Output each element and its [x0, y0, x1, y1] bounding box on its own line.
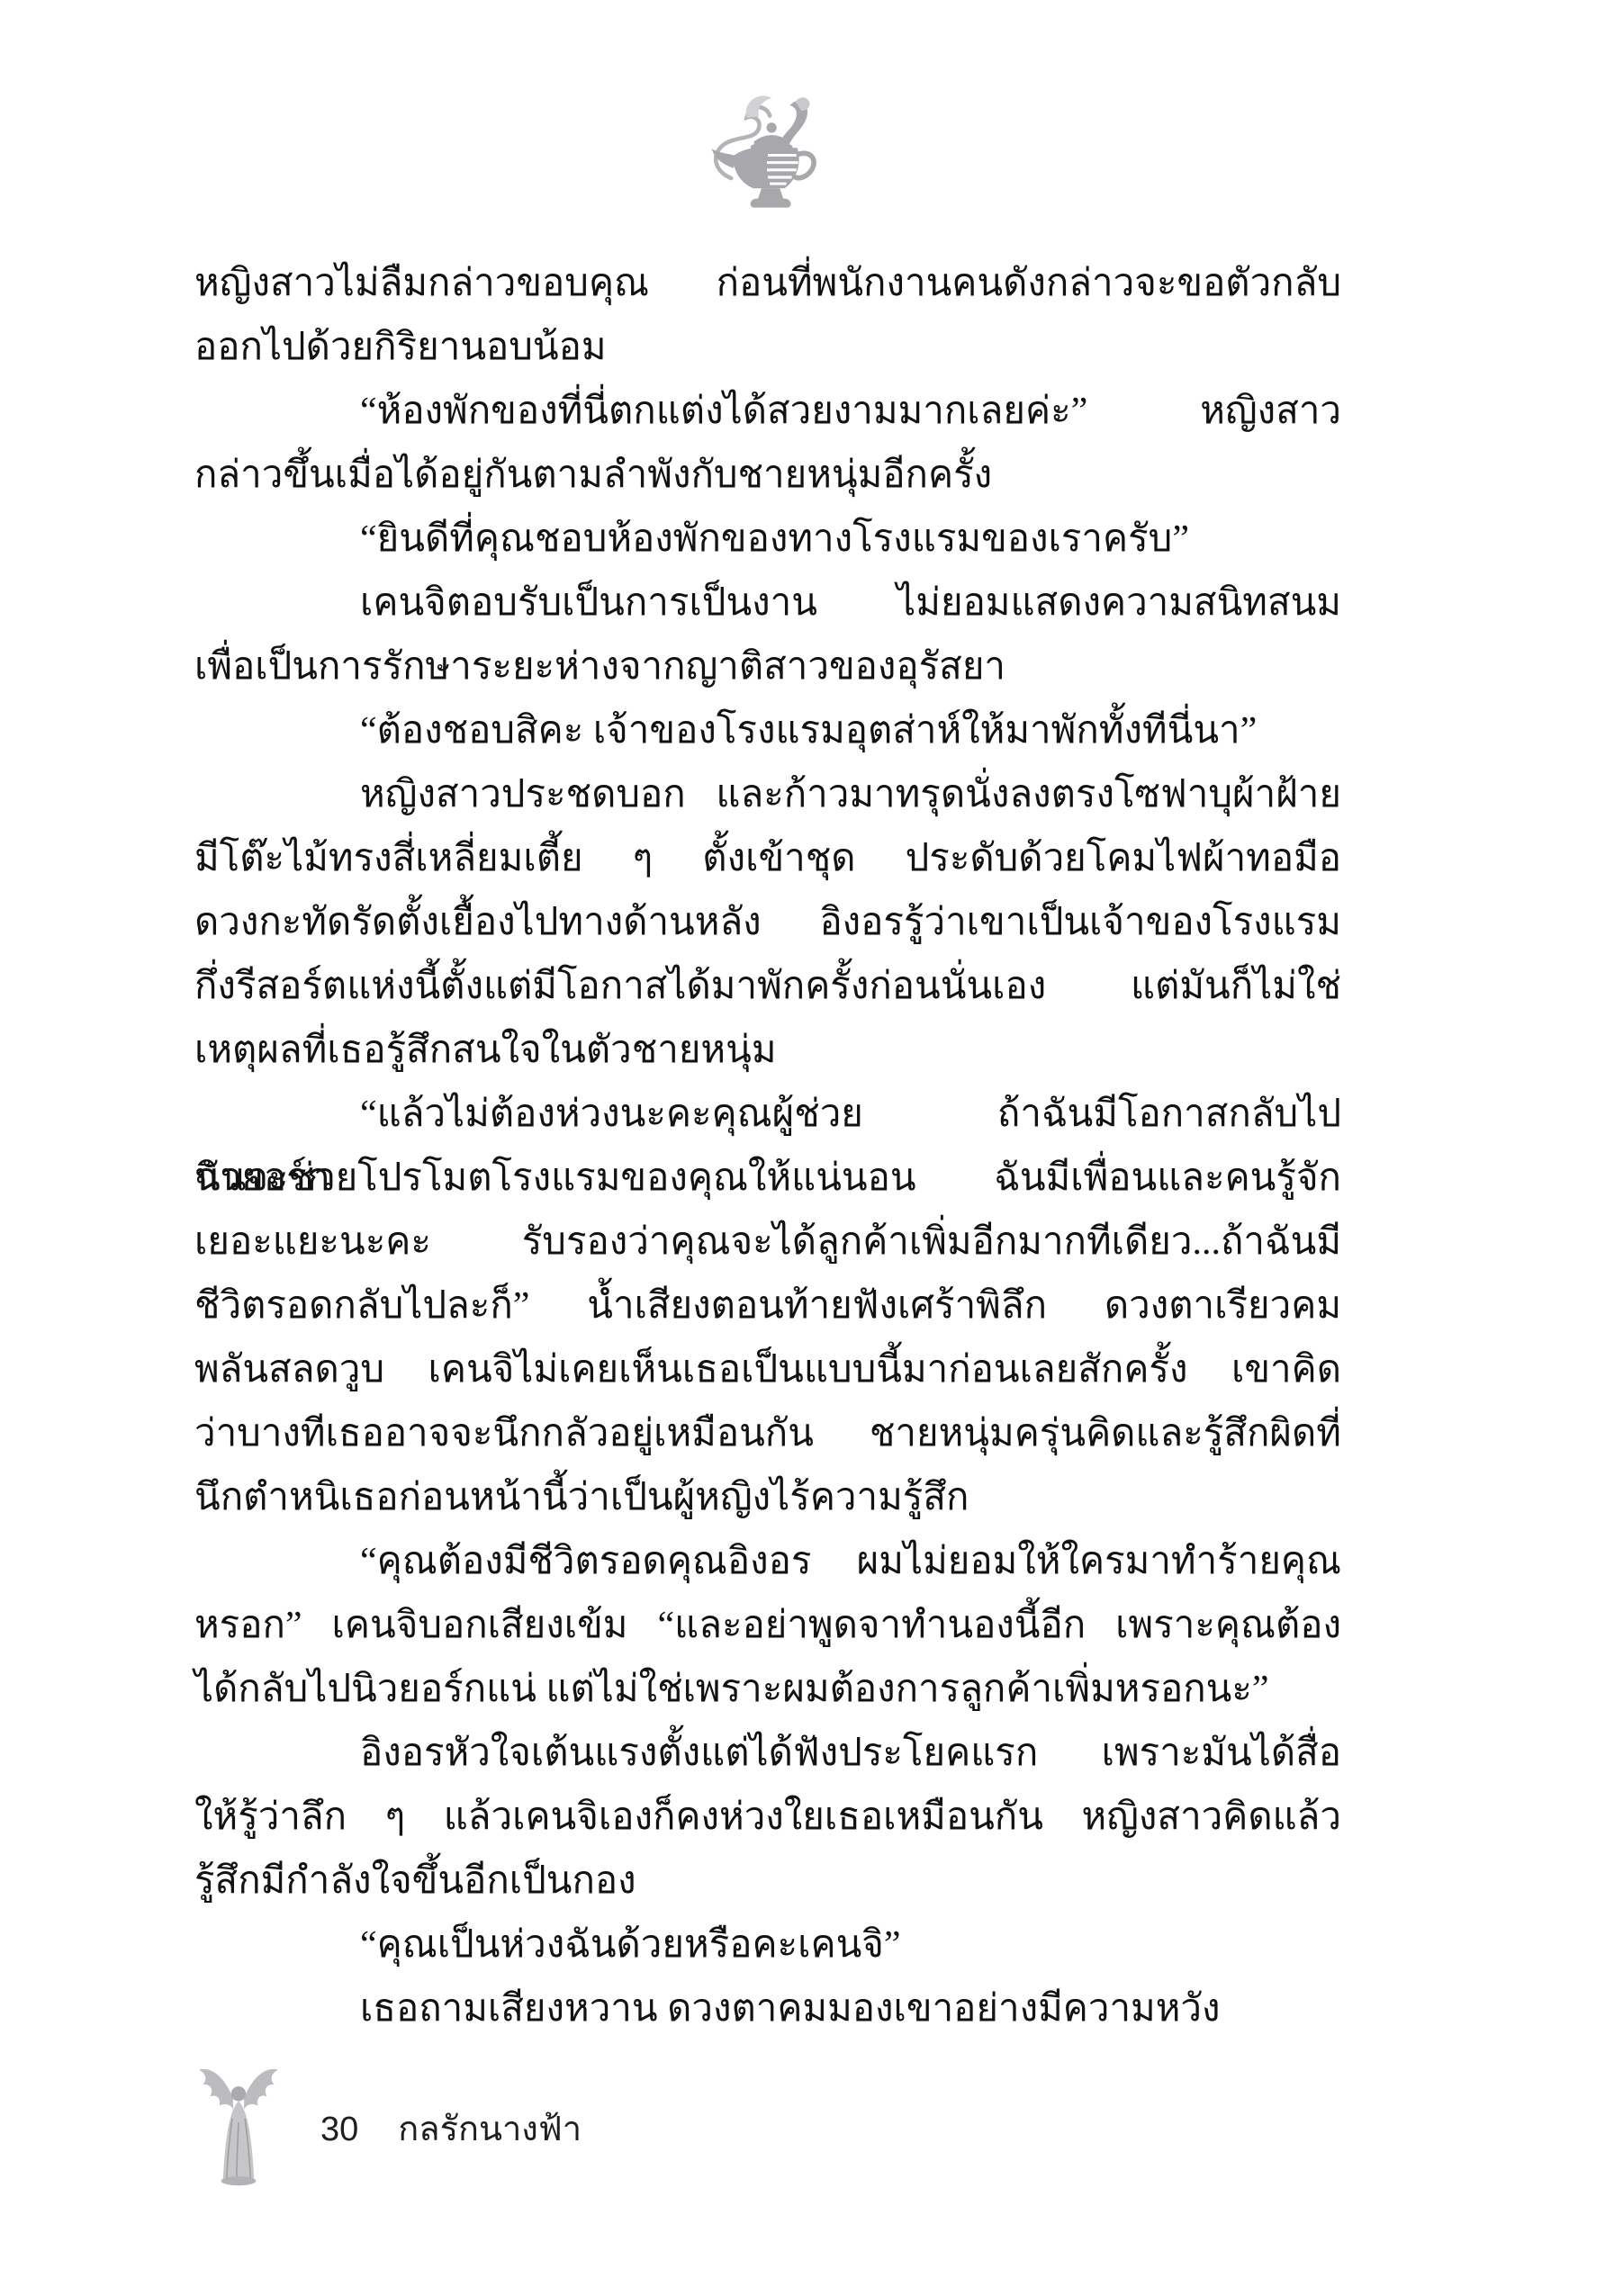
text-line: “ห้องพักของที่นี่ตกแต่งได้สวยงามมากเลยค่…	[194, 380, 1341, 444]
text-line: รู้สึกมีกำลังใจขึ้นอีกเป็นกอง	[194, 1850, 1341, 1913]
angel-statue-icon	[193, 2061, 284, 2191]
text-line: กึ่งรีสอร์ตแห่งนี้ตั้งแต่มีโอกาสได้มาพัก…	[194, 955, 1341, 1019]
text-line: ออกไปด้วยกิริยานอบน้อม	[194, 316, 1341, 380]
text-line: ฉันจะช่วยโปรโมตโรงแรมของคุณให้แน่นอน ฉัน…	[194, 1147, 1341, 1211]
text-line: “ยินดีที่คุณชอบห้องพักของทางโรงแรมของเรา…	[194, 508, 1341, 572]
text-line: ให้รู้ว่าลึก ๆ แล้วเคนจิเองก็คงห่วงใยเธอ…	[194, 1786, 1341, 1850]
text-line: อิงอรหัวใจเต้นแรงตั้งแต่ได้ฟังประโยคแรก …	[194, 1722, 1341, 1786]
footer-caption: 30 กลรักนางฟ้า	[320, 2108, 582, 2151]
genie-lamp-ornament	[705, 90, 825, 223]
text-line: เคนจิตอบรับเป็นการเป็นงาน ไม่ยอมแสดงความ…	[194, 572, 1341, 635]
genie-lamp-icon	[705, 90, 825, 223]
page-number: 30	[320, 2108, 358, 2151]
text-line: เหตุผลที่เธอรู้สึกสนใจในตัวชายหนุ่ม	[194, 1019, 1341, 1083]
text-line: หญิงสาวไม่ลืมกล่าวขอบคุณ ก่อนที่พนักงานค…	[194, 252, 1341, 316]
text-line: หญิงสาวประชดบอก และก้าวมาทรุดนั่งลงตรงโซ…	[194, 763, 1341, 827]
text-line: เพื่อเป็นการรักษาระยะห่างจากญาติสาวของอุ…	[194, 635, 1341, 699]
text-line: กล่าวขึ้นเมื่อได้อยู่กันตามลำพังกับชายหน…	[194, 444, 1341, 508]
book-title: กลรักนางฟ้า	[398, 2108, 582, 2151]
text-line: ได้กลับไปนิวยอร์กแน่ แต่ไม่ใช่เพราะผมต้อ…	[194, 1658, 1341, 1722]
text-line: “คุณเป็นห่วงฉันด้วยหรือคะเคนจิ”	[194, 1913, 1341, 1977]
text-line: หรอก” เคนจิบอกเสียงเข้ม “และอย่าพูดจาทำน…	[194, 1594, 1341, 1658]
text-line: เยอะแยะนะคะ รับรองว่าคุณจะได้ลูกค้าเพิ่ม…	[194, 1211, 1341, 1274]
text-line: “ต้องชอบสิคะ เจ้าของโรงแรมอุตส่าห์ให้มาพ…	[194, 699, 1341, 763]
text-line: “คุณต้องมีชีวิตรอดคุณอิงอร ผมไม่ยอมให้ใค…	[194, 1530, 1341, 1594]
text-line: ว่าบางทีเธออาจจะนึกกลัวอยู่เหมือนกัน ชาย…	[194, 1402, 1341, 1466]
text-line: ชีวิตรอดกลับไปละก็” น้ำเสียงตอนท้ายฟังเศ…	[194, 1274, 1341, 1338]
text-line: “แล้วไม่ต้องห่วงนะคะคุณผู้ช่วย ถ้าฉันมีโ…	[194, 1083, 1341, 1147]
text-line: เธอถามเสียงหวาน ดวงตาคมมองเขาอย่างมีความ…	[194, 1977, 1341, 2041]
text-line: ดวงกะทัดรัดตั้งเยื้องไปทางด้านหลัง อิงอร…	[194, 891, 1341, 955]
text-line: พลันสลดวูบ เคนจิไม่เคยเห็นเธอเป็นแบบนี้ม…	[194, 1338, 1341, 1402]
text-line: นึกตำหนิเธอก่อนหน้านี้ว่าเป็นผู้หญิงไร้ค…	[194, 1466, 1341, 1530]
text-line: มีโต๊ะไม้ทรงสี่เหลี่ยมเตี้ย ๆ ตั้งเข้าชุ…	[194, 827, 1341, 891]
page-body: หญิงสาวไม่ลืมกล่าวขอบคุณ ก่อนที่พนักงานค…	[194, 252, 1341, 2041]
book-page: หญิงสาวไม่ลืมกล่าวขอบคุณ ก่อนที่พนักงานค…	[0, 0, 1605, 2296]
